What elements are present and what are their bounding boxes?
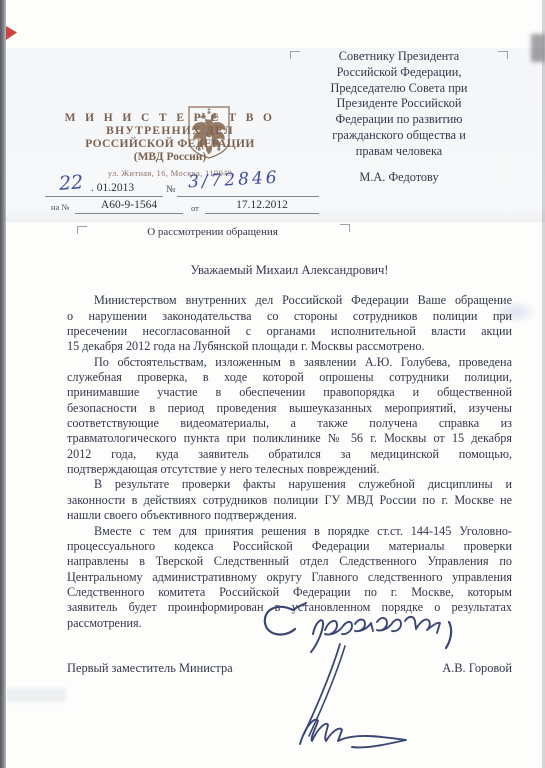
body-line: Центральному административному округу Гл… xyxy=(67,570,512,585)
ruled-line xyxy=(177,196,319,197)
body-line: травматологического пункта при поликлини… xyxy=(67,431,512,446)
reference-label: на № xyxy=(51,202,70,212)
recipient-line: Советнику Президента xyxy=(293,49,505,65)
paragraph: По обстоятельствам, изложенным в заявлен… xyxy=(67,355,512,478)
salutation: Уважаемый Михаил Александрович! xyxy=(67,263,512,278)
paragraph: В результате проверки факты нарушения сл… xyxy=(67,477,512,523)
recipient-block: Советнику ПрезидентаРоссийской Федерации… xyxy=(293,49,505,185)
body-line: служебная проверка, в ходе которой опрош… xyxy=(67,370,512,385)
body-line: Министерством внутренних дел Российской … xyxy=(67,293,512,308)
recipient-line: Председателю Совета при xyxy=(293,81,505,97)
recipient-line: правам человека xyxy=(293,144,505,160)
body-line: законности в действиях сотрудников полиц… xyxy=(67,493,512,508)
body-line: направлены в Тверской Следственный отдел… xyxy=(67,554,512,569)
red-corner-artifact xyxy=(6,26,17,40)
handwritten-date: 22 xyxy=(58,171,84,195)
ministry-name-line: РОССИЙСКОЙ ФЕДЕРАЦИИ xyxy=(40,138,300,150)
body-line: процессуального кодекса Российской Федер… xyxy=(67,539,512,554)
body-line: По обстоятельствам, изложенным в заявлен… xyxy=(67,355,512,370)
signoff-row: Первый заместитель Министра А.В. Горовой xyxy=(67,661,512,676)
body-paragraphs: Министерством внутренних дел Российской … xyxy=(67,293,512,631)
recipient-line: гражданского общества и xyxy=(293,128,505,144)
body-line: подтверждающая отсутствие у него телесны… xyxy=(67,462,512,477)
body-line: принимавшие участие в обеспечении правоп… xyxy=(67,385,512,400)
signer-name: А.В. Горовой xyxy=(442,661,512,676)
body-line: 15 декабря 2012 года на Лубянской площад… xyxy=(67,339,512,354)
incoming-reference-number: А60-9-1564 xyxy=(75,199,183,214)
corner-mark xyxy=(77,226,87,234)
paragraph: Министерством внутренних дел Российской … xyxy=(67,293,512,354)
signer-position: Первый заместитель Министра xyxy=(67,661,233,676)
printed-date: . 01.2013 xyxy=(91,182,134,194)
ministry-name-line: М И Н И С Т Е Р С Т В О xyxy=(40,112,300,124)
body-line: Вместе с тем для принятия решения в поря… xyxy=(67,524,512,539)
body-line: 2012 года, куда заявитель обратился за м… xyxy=(67,447,512,462)
scan-left-edge xyxy=(0,0,6,768)
scan-edge-shadow xyxy=(531,34,545,62)
recipient-line: Федерации по развитию xyxy=(293,112,505,128)
scan-tint-band xyxy=(6,688,66,702)
subject-line: О рассмотрении обращения xyxy=(110,226,315,238)
body-line: соответствующие видеоматериалы, а также … xyxy=(67,416,512,431)
scanned-letter-page: М И Н И С Т Е Р С Т В О ВНУТРЕННИХ ДЕЛ Р… xyxy=(0,0,545,768)
ruled-line xyxy=(45,196,163,197)
ministry-short-name: (МВД России) xyxy=(40,151,300,163)
incoming-reference-date: 17.12.2012 xyxy=(205,199,319,214)
from-label: от xyxy=(191,203,199,213)
corner-mark xyxy=(340,224,350,232)
body-line: нашли своего объективного подтверждения. xyxy=(67,508,512,523)
handwritten-signature xyxy=(280,630,450,766)
number-sign: № xyxy=(166,184,176,195)
recipient-lines: Советнику ПрезидентаРоссийской Федерации… xyxy=(293,49,505,160)
recipient-line: Российской Федерации, xyxy=(293,65,505,81)
body-line: безопасности в период проведения вышеука… xyxy=(67,401,512,416)
ministry-name-line: ВНУТРЕННИХ ДЕЛ xyxy=(40,125,300,137)
recipient-line: Президенте Российской xyxy=(293,96,505,112)
body-line: о нарушении законодательства со стороны … xyxy=(67,309,512,324)
body-line: В результате проверки факты нарушения сл… xyxy=(67,477,512,492)
recipient-name: М.А. Федотову xyxy=(293,170,505,186)
letter-body: Уважаемый Михаил Александрович! Министер… xyxy=(67,263,512,631)
body-line: пресечении несогласованной с органами ис… xyxy=(67,324,512,339)
